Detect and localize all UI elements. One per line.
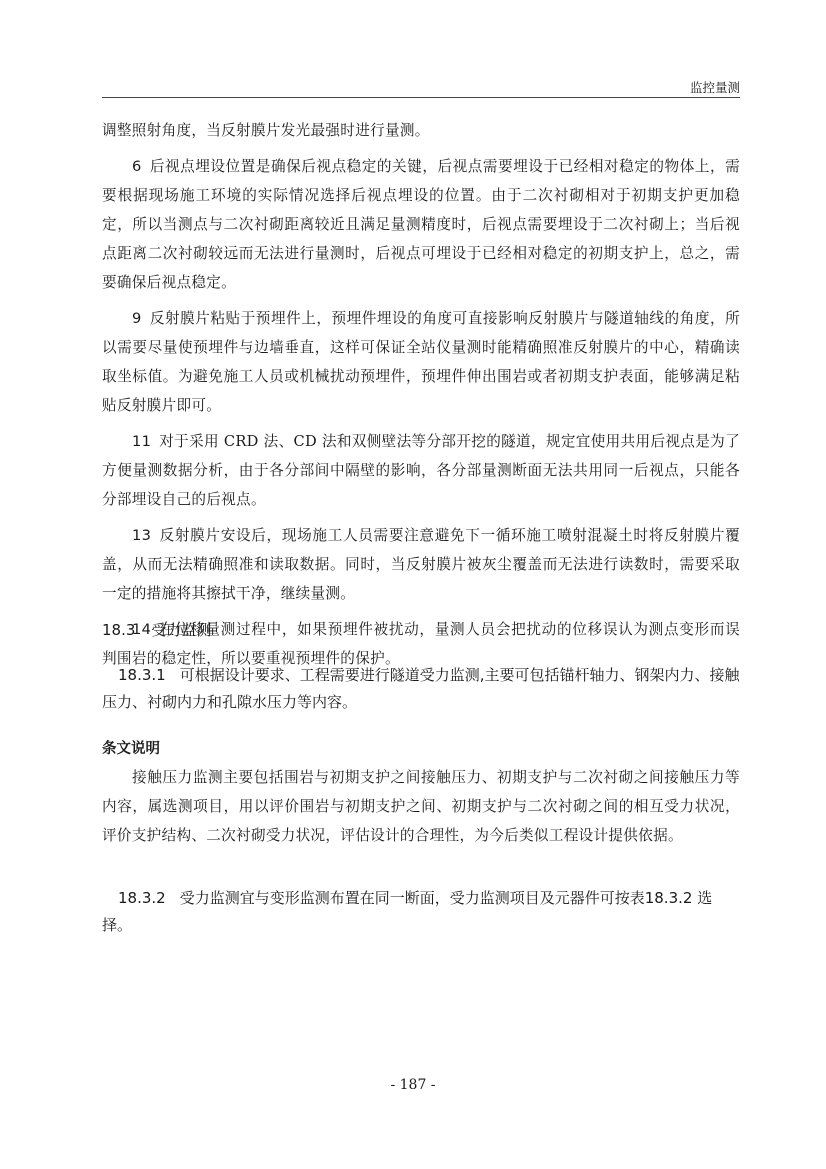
clause-18-3-2: 18.3.2受力监测宜与变形监测布置在同一断面，受力监测项目及元器件可按表18.…: [102, 885, 740, 939]
paragraph-11: 11对于采用 CRD 法、CD 法和双侧壁法等分部开挖的隧道，规定宜使用共用后视…: [102, 427, 740, 514]
clause-number: 18.3.2: [118, 889, 166, 907]
explanation-body: 接触压力监测主要包括围岩与初期支护之间接触压力、初期支护与二次衬砌之间接触压力等…: [102, 763, 740, 850]
clause-text: 可根据设计要求、工程需要进行隧道受力监测,主要可包括锚杆轴力、钢架内力、接触压力…: [102, 666, 740, 711]
item-number: 9: [132, 310, 142, 327]
explanation-title: 条文说明: [102, 737, 160, 758]
section-number: 18.3: [102, 621, 135, 639]
clause-text: 受力监测宜与变形监测布置在同一断面，受力监测项目及元器件可按表18.3.2 选择…: [102, 889, 712, 934]
paragraph-continued: 调整照射角度，当反射膜片发光最强时进行量测。: [102, 116, 740, 145]
section-title: 受力监测: [151, 621, 211, 639]
item-number: 11: [132, 433, 151, 450]
item-number: 13: [132, 527, 151, 544]
paragraph-6: 6后视点埋设位置是确保后视点稳定的关键，后视点需要埋设于已经相对稳定的物体上，需…: [102, 152, 740, 297]
paragraph-9: 9反射膜片粘贴于预埋件上，预埋件埋设的角度可直接影响反射膜片与隧道轴线的角度，所…: [102, 304, 740, 420]
paragraph-13: 13反射膜片安设后，现场施工人员需要注意避免下一循环施工喷射混凝土时将反射膜片覆…: [102, 521, 740, 608]
running-header: 监控量测: [102, 78, 740, 98]
clause-18-3-1: 18.3.1可根据设计要求、工程需要进行隧道受力监测,主要可包括锚杆轴力、钢架内…: [102, 662, 740, 716]
commentary-block: 调整照射角度，当反射膜片发光最强时进行量测。 6后视点埋设位置是确保后视点稳定的…: [102, 116, 740, 673]
section-heading: 18.3受力监测: [102, 619, 211, 640]
header-title: 监控量测: [690, 78, 740, 96]
item-number: 6: [132, 158, 142, 175]
page-number: - 187 -: [0, 1077, 826, 1093]
clause-number: 18.3.1: [118, 666, 166, 684]
